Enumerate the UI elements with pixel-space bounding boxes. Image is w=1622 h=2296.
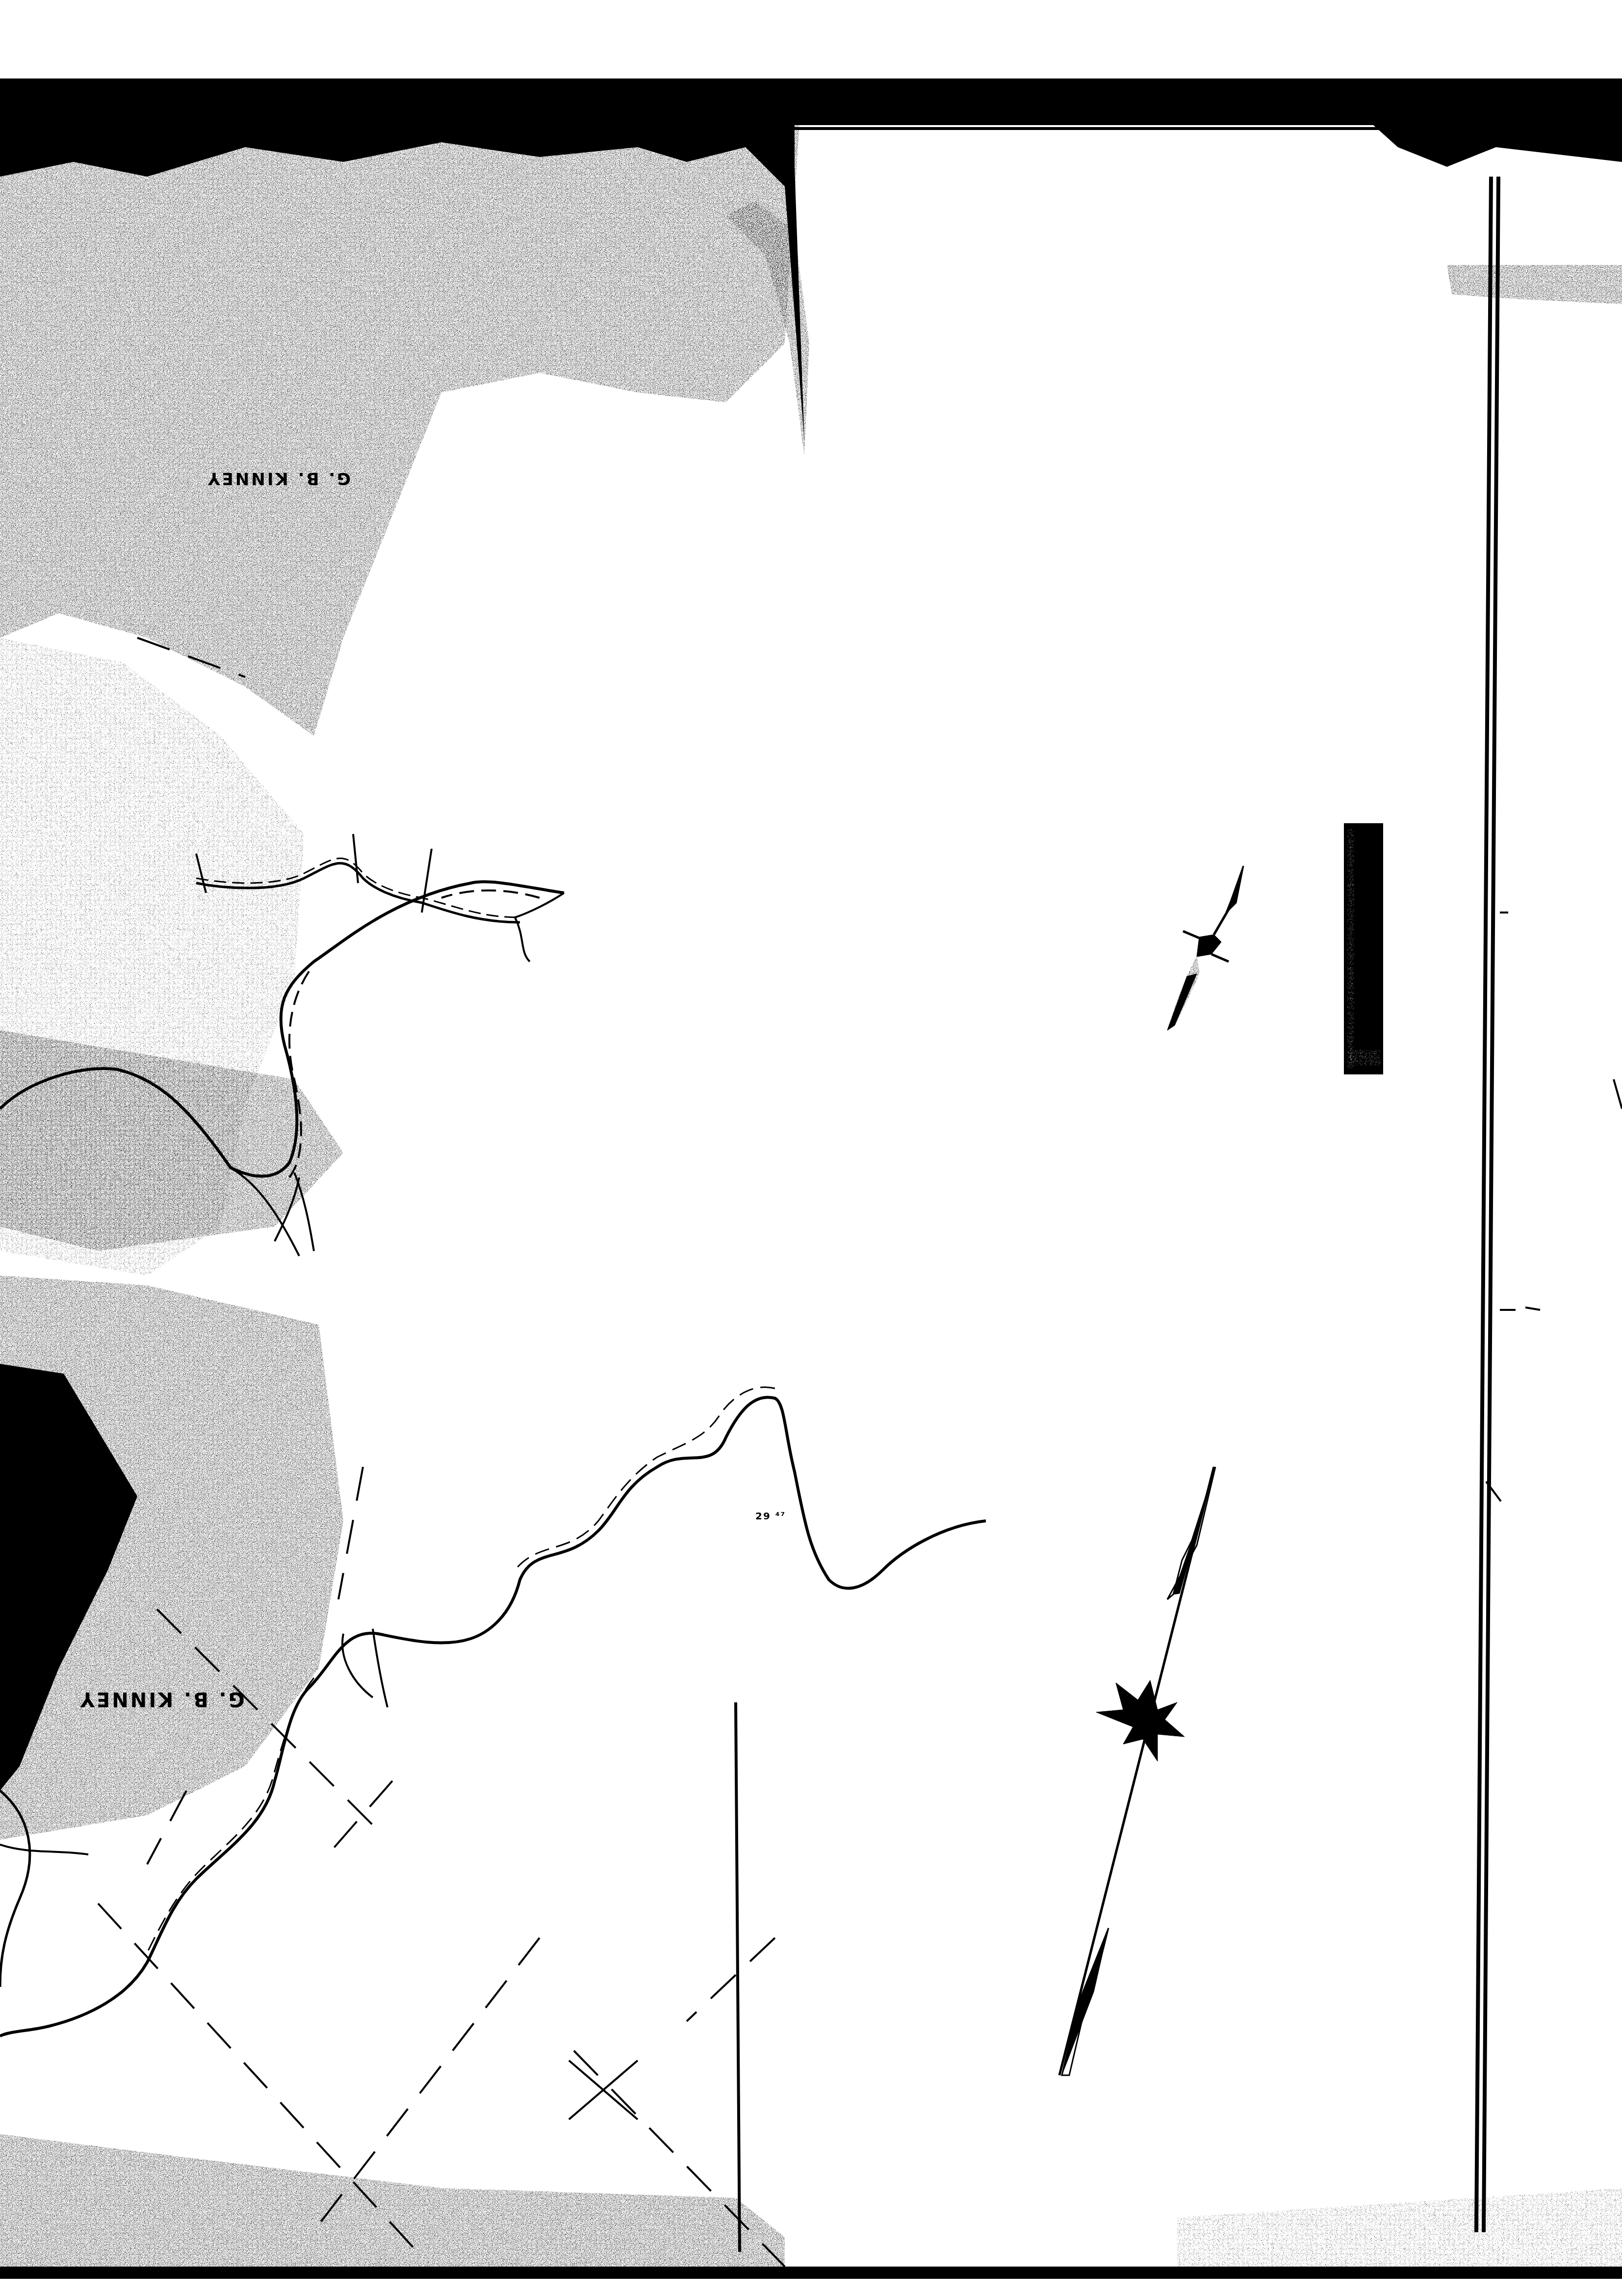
north-arrow-small	[1167, 866, 1243, 1030]
river-number-label: 29 ⁴⁷	[755, 1510, 786, 1522]
scale-bar	[1344, 823, 1383, 1074]
survey-map	[0, 0, 1622, 2296]
right-border	[1476, 177, 1498, 2232]
compass-star	[1096, 1680, 1184, 1761]
owner-label-prefix: G. B.	[296, 469, 351, 488]
border-ticks	[1486, 913, 1622, 1501]
degraded-scan-areas	[0, 125, 1622, 2279]
owner-label-prefix: G. B.	[182, 1688, 245, 1710]
owner-label-kinney-top: G. B. KINNEY	[206, 469, 351, 488]
north-arrow-large	[1059, 1467, 1215, 2075]
owner-label-name: KINNEY	[78, 1688, 173, 1710]
owner-label-name: KINNEY	[206, 469, 288, 488]
section-line	[736, 1702, 740, 2252]
owner-label-kinney-bottom: G. B. KINNEY	[78, 1688, 245, 1710]
survey-cross	[569, 2061, 638, 2119]
